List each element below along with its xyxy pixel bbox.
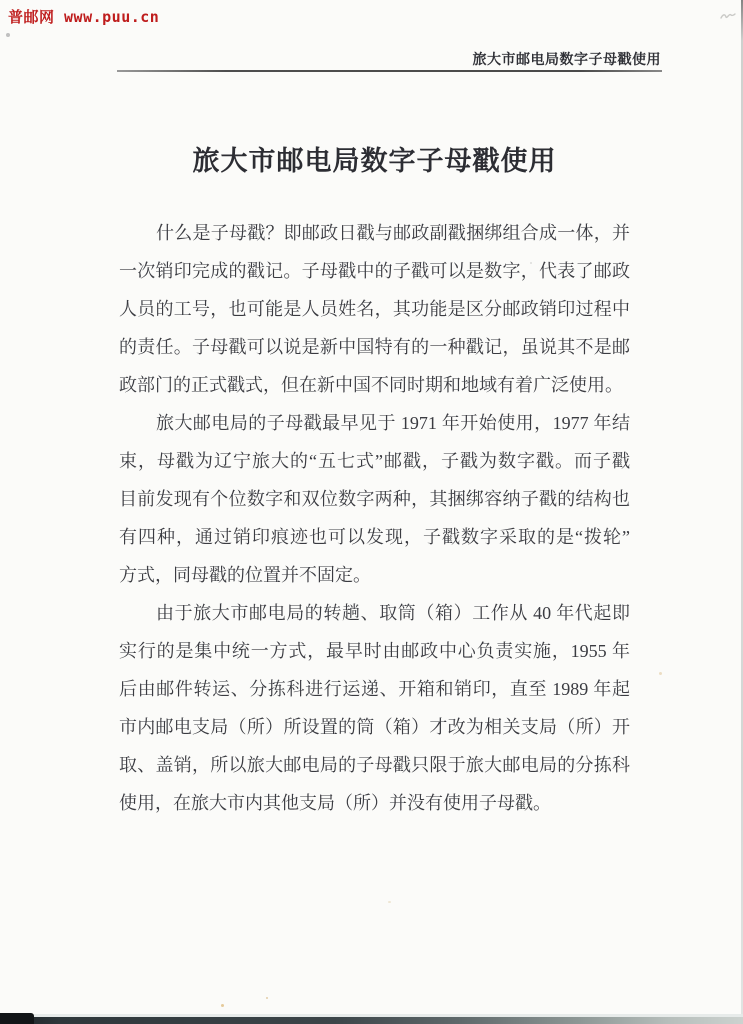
scan-speckle: [388, 901, 391, 903]
header-rule: [117, 70, 662, 72]
text-line: 后由邮件转运、分拣科进行运递、开箱和销印，直至 1989 年起: [119, 670, 630, 708]
scanned-document-page: 普邮网 www.puu.cn 旅大市邮电局数字子母戳使用 旅大市邮电局数字子母戳…: [0, 0, 743, 1024]
pencil-mark: [719, 9, 737, 23]
running-header-title: 旅大市邮电局数字子母戳使用: [117, 49, 661, 69]
paragraph: 由于旅大市邮电局的转趟、取筒（箱）工作从 40 年代起即 实行的是集中统一方式，…: [119, 594, 630, 822]
text-line: 束，母戳为辽宁旅大的“五七式”邮戳，子戳为数字戳。而子戳: [119, 442, 630, 480]
text-line: 什么是子母戳？即邮政日戳与邮政副戳捆绑组合成一体，并: [119, 214, 630, 252]
text-line: 市内邮电支局（所）所设置的筒（箱）才改为相关支局（所）开: [119, 708, 630, 746]
document-body: 什么是子母戳？即邮政日戳与邮政副戳捆绑组合成一体，并 一次销印完成的戳记。子母戳…: [119, 214, 630, 822]
text-line: 有四种，通过销印痕迹也可以发现，子戳数字采取的是“拨轮”: [119, 518, 630, 556]
scan-speckle: [266, 997, 268, 999]
scan-speckle: [221, 1004, 224, 1007]
scan-speckle: [530, 262, 532, 264]
text-line: 政部门的正式戳式，但在新中国不同时期和地域有着广泛使用。: [119, 366, 630, 404]
text-line: 旅大邮电局的子母戳最早见于 1971 年开始使用，1977 年结: [119, 404, 630, 442]
text-line: 取、盖销，所以旅大邮电局的子母戳只限于旅大邮电局的分拣科: [119, 746, 630, 784]
text-line: 目前发现有个位数字和双位数字两种，其捆绑容纳子戳的结构也: [119, 480, 630, 518]
text-line: 的责任。子母戳可以说是新中国特有的一种戳记，虽说其不是邮: [119, 328, 630, 366]
text-line: 使用，在旅大市内其他支局（所）并没有使用子母戳。: [119, 784, 630, 822]
scan-edge-bottom: [0, 1017, 743, 1024]
document-title: 旅大市邮电局数字子母戳使用: [119, 139, 630, 178]
text-line: 一次销印完成的戳记。子母戳中的子戳可以是数字，代表了邮政: [119, 252, 630, 290]
text-line: 实行的是集中统一方式，最早时由邮政中心负责实施，1955 年: [119, 632, 630, 670]
site-watermark: 普邮网 www.puu.cn: [8, 6, 159, 27]
text-line: 由于旅大市邮电局的转趟、取筒（箱）工作从 40 年代起即: [119, 594, 630, 632]
scan-speckle: [6, 33, 10, 37]
text-line: 方式，同母戳的位置并不固定。: [119, 556, 630, 594]
paragraph: 什么是子母戳？即邮政日戳与邮政副戳捆绑组合成一体，并 一次销印完成的戳记。子母戳…: [119, 214, 630, 404]
scan-speckle: [659, 672, 662, 675]
text-line: 人员的工号，也可能是人员姓名，其功能是区分邮政销印过程中: [119, 290, 630, 328]
scan-edge-corner: [0, 1013, 34, 1024]
paragraph: 旅大邮电局的子母戳最早见于 1971 年开始使用，1977 年结 束，母戳为辽宁…: [119, 404, 630, 594]
